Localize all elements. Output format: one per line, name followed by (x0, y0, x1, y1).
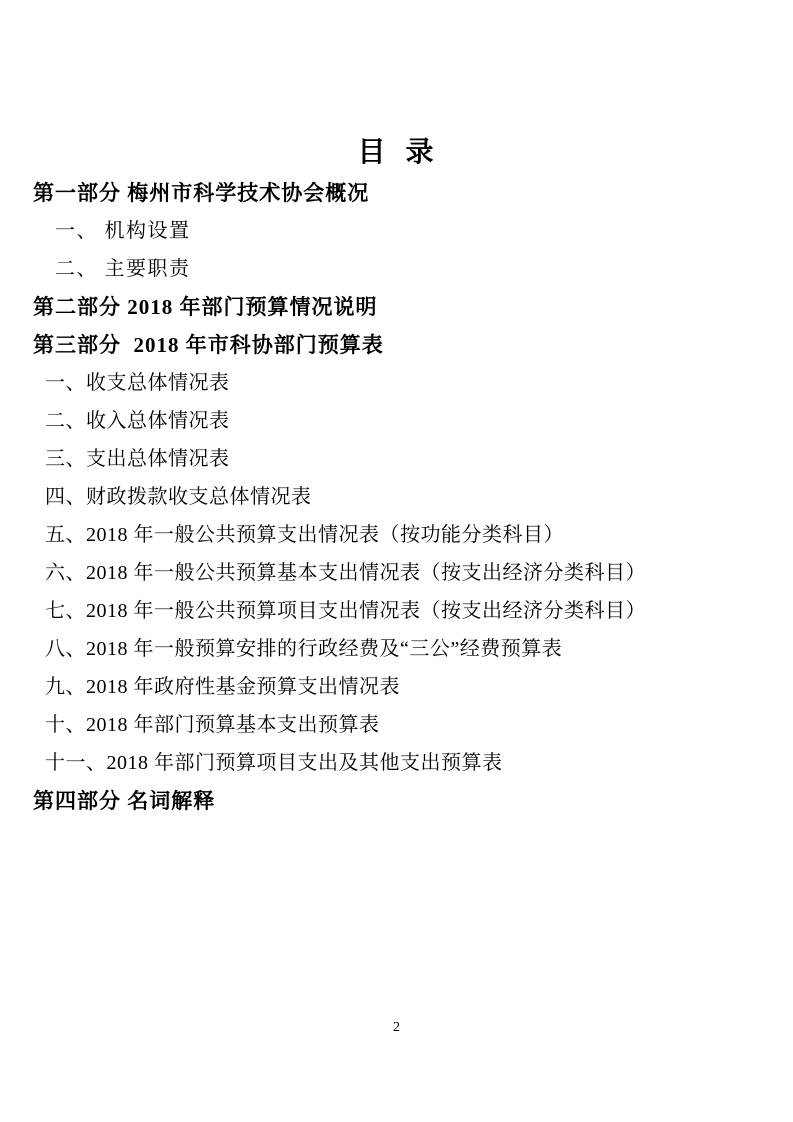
document-page: 目 录 第一部分 梅州市科学技术协会概况 一、 机构设置 二、 主要职责 第二部… (0, 0, 793, 1122)
toc-part-3-item-4: 四、财政拨款收支总体情况表 (33, 478, 773, 516)
page-title: 目 录 (0, 130, 793, 170)
toc-part-1-item-1: 一、 机构设置 (33, 212, 773, 250)
toc-part-3-item-5: 五、2018 年一般公共预算支出情况表（按功能分类科目） (33, 516, 773, 554)
toc-part-3-item-6: 六、2018 年一般公共预算基本支出情况表（按支出经济分类科目） (33, 554, 773, 592)
toc-part-1-item-2: 二、 主要职责 (33, 250, 773, 288)
toc-part-3-item-1: 一、收支总体情况表 (33, 364, 773, 402)
toc-part-3-item-3: 三、支出总体情况表 (33, 440, 773, 478)
toc-part-4: 第四部分 名词解释 (33, 782, 773, 820)
table-of-contents: 第一部分 梅州市科学技术协会概况 一、 机构设置 二、 主要职责 第二部分 20… (33, 166, 773, 820)
toc-part-3-item-7: 七、2018 年一般公共预算项目支出情况表（按支出经济分类科目） (33, 592, 773, 630)
toc-part-3-item-8: 八、2018 年一般预算安排的行政经费及“三公”经费预算表 (33, 630, 773, 668)
toc-part-3-item-9: 九、2018 年政府性基金预算支出情况表 (33, 668, 773, 706)
page-number: 2 (0, 1020, 793, 1036)
toc-part-3-item-11: 十一、2018 年部门预算项目支出及其他支出预算表 (33, 744, 773, 782)
toc-part-3-item-2: 二、收入总体情况表 (33, 402, 773, 440)
toc-part-2: 第二部分 2018 年部门预算情况说明 (33, 288, 773, 326)
toc-part-1: 第一部分 梅州市科学技术协会概况 (33, 174, 773, 212)
toc-part-3-item-10: 十、2018 年部门预算基本支出预算表 (33, 706, 773, 744)
toc-part-3: 第三部分 2018 年市科协部门预算表 (33, 326, 773, 364)
